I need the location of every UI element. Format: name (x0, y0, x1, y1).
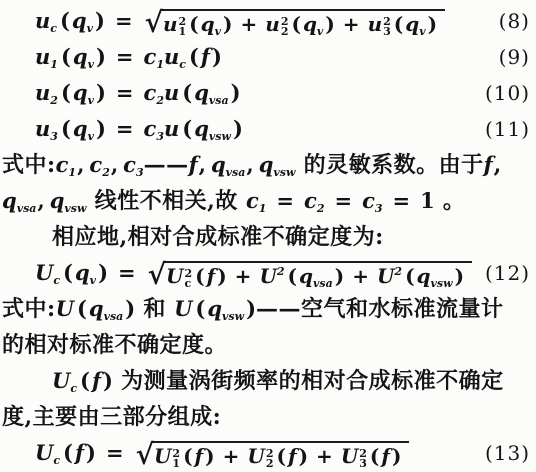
math-token: ) (392, 444, 401, 468)
math-token: = (116, 116, 134, 141)
text-run: 式中: (2, 152, 56, 178)
subscript: vsa (313, 277, 333, 290)
token-text: ( (183, 444, 192, 468)
token-text: ) (217, 264, 226, 288)
token-text: ) (212, 44, 222, 69)
token-text: ) (233, 116, 243, 141)
subscript: c (53, 274, 60, 287)
token-text: f (201, 44, 210, 69)
math-token: 1 (420, 188, 435, 213)
math-token: ) (233, 116, 243, 141)
subscript: 2 (317, 202, 325, 215)
equation-number: (10) (485, 75, 530, 111)
token-text: U (341, 444, 358, 468)
token-text: = (115, 8, 133, 33)
token-text: ) (96, 80, 106, 105)
equation-line-13: Uc(f)=√U21(f)+U22(f)+U23(f)(13) (0, 435, 536, 471)
token-text: q (194, 80, 209, 105)
math-token: ( (189, 12, 198, 36)
token-text: = (334, 188, 352, 213)
token-text: ——空气和水标准流量计 (256, 296, 504, 322)
token-text: 的相对标准不确定度。 (2, 332, 227, 358)
math-token: ( (288, 264, 297, 288)
math-token: ) (98, 260, 108, 285)
math-token: , (199, 152, 206, 177)
line-body: 式中:c1,c2,c3——f,qvsa,qvsw 的灵敏系数。由于f, (2, 157, 507, 176)
token-text: —— (144, 152, 189, 178)
token-text: q (417, 264, 431, 288)
token-text: U (247, 444, 264, 468)
math-token: c2 (144, 80, 164, 105)
stacked-sub-sup: 2c (184, 269, 192, 289)
subscript: vsw (273, 166, 295, 179)
math-token: c2 (89, 152, 109, 177)
math-token: c3 (123, 152, 143, 177)
text-run: 和 (135, 296, 174, 322)
math-token: ( (394, 12, 403, 36)
math-token: ) (95, 8, 105, 33)
token-text: ( (291, 12, 300, 36)
subscript: 2 (266, 459, 274, 469)
token-text: c (144, 80, 157, 105)
token-text: ) (246, 296, 256, 321)
token-text: u (265, 12, 280, 36)
token-text: q (201, 12, 215, 36)
math-token: ( (63, 260, 73, 285)
math-token: ) (428, 12, 437, 36)
math-token: ) (103, 368, 113, 393)
token-text: ) (299, 444, 308, 468)
token-text: u (163, 12, 178, 36)
token-text: = (116, 116, 134, 141)
token-text: u (164, 80, 179, 105)
subscript: vsa (226, 166, 246, 179)
equation-number: (8) (499, 3, 530, 39)
token-text: q (405, 12, 419, 36)
math-token: ) (86, 440, 96, 465)
math-token: ) (217, 264, 226, 288)
subscript: v (87, 22, 93, 35)
math-token: ) (325, 12, 334, 36)
token-text: c (246, 188, 259, 213)
math-token: qvsa (2, 188, 36, 213)
token-text: c (144, 44, 157, 69)
math-token: u (164, 116, 179, 141)
subscript: vsw (209, 130, 231, 143)
token-text: ) (428, 12, 437, 36)
subscript: vsw (431, 277, 453, 290)
line-body: 的相对标准不确定度。 (2, 337, 227, 356)
token-text: = (276, 188, 294, 213)
math-token: ) (246, 296, 256, 321)
subscript: vsw (64, 202, 86, 215)
math-token: = (116, 80, 134, 105)
token-text: f (189, 152, 198, 177)
subscript: v (88, 94, 94, 107)
token-text: u (35, 8, 50, 33)
radical: √U2c(f)+U2(qvsa)+U2(qvsw) (148, 261, 472, 290)
math-token: qvsa (211, 152, 245, 177)
subscript: vsa (17, 202, 37, 215)
subscript: 1 (259, 202, 267, 215)
token-text: ( (77, 296, 87, 321)
math-token: f (484, 152, 493, 177)
token-text: 式中: (2, 296, 56, 322)
math-token: = (334, 188, 352, 213)
document-body: uc(qv)=√u21(qv)+u22(qv)+u23(qv)(8)u1(qv)… (0, 3, 536, 471)
text-run: 线性不相关,故 (86, 188, 245, 214)
math-token: ( (182, 116, 192, 141)
text-line-11: 度,主要由三部分组成: (0, 399, 536, 435)
line-body: 相应地,相对合成标准不确定度为: (52, 229, 384, 248)
math-token: Uc (35, 440, 60, 465)
token-text: q (194, 116, 209, 141)
math-token: ( (61, 80, 71, 105)
subscript: 3 (375, 202, 383, 215)
equation-number: (12) (485, 255, 530, 291)
token-text: ) (95, 8, 105, 33)
token-text: U (56, 296, 74, 321)
math-token: f (195, 444, 204, 468)
subscript: 1 (172, 459, 180, 469)
token-text: f (75, 440, 84, 465)
radical: √u21(qv)+u22(qv)+u23(qv) (145, 9, 446, 38)
math-token: u3 (35, 116, 58, 141)
math-token: qvsw (259, 152, 296, 177)
math-token: u2 (35, 80, 58, 105)
math-token: qv (405, 12, 425, 36)
text-run: 式中: (2, 296, 56, 322)
text-run: 。 (435, 188, 466, 214)
math-token: f (92, 368, 101, 393)
math-token: U23 (341, 444, 367, 468)
token-text: f (92, 368, 101, 393)
radicand: U2c(f)+U2(qvsa)+U2(qvsw) (164, 261, 472, 290)
math-token: Uc (35, 260, 60, 285)
math-token: qv (75, 260, 96, 285)
math-token: ( (80, 368, 90, 393)
subscript: v (317, 25, 323, 38)
token-text: q (259, 152, 274, 177)
subscript: 1 (50, 58, 58, 71)
token-text: , (246, 152, 253, 177)
equation-line-12: Uc(qv)=√U2c(f)+U2(qvsa)+U2(qvsw)(12) (0, 255, 536, 291)
token-text: ( (394, 12, 403, 36)
equation-line-8: uc(qv)=√u21(qv)+u22(qv)+u23(qv)(8) (0, 3, 536, 39)
math-token: qvsa (299, 264, 333, 288)
text-run: 的相对标准不确定度。 (2, 332, 227, 358)
token-text: q (211, 152, 226, 177)
stacked-sub-sup: 22 (266, 449, 274, 469)
token-text: ) (455, 264, 464, 288)
token-text: ( (60, 8, 70, 33)
token-text: U (259, 264, 276, 288)
text-run: 度,主要由三部分组成: (2, 404, 221, 430)
token-text: q (72, 8, 87, 33)
math-token: ) (223, 12, 232, 36)
token-text: ) (96, 116, 106, 141)
token-text: ) (205, 444, 214, 468)
text-run: ——空气和水标准流量计 (256, 296, 504, 322)
token-text: 相应地,相对合成标准不确定度为: (52, 224, 384, 250)
document-page: uc(qv)=√u21(qv)+u22(qv)+u23(qv)(8)u1(qv)… (0, 0, 536, 472)
math-token: c3 (362, 188, 382, 213)
token-text: U (377, 264, 394, 288)
token-text: , (37, 188, 44, 213)
token-text: c (304, 188, 317, 213)
math-token: qv (73, 116, 94, 141)
math-token: + (316, 444, 333, 468)
token-text: = (118, 260, 136, 285)
token-text: ) (96, 44, 106, 69)
token-text: ( (61, 116, 71, 141)
token-text: q (207, 296, 222, 321)
text-line-9: 的相对标准不确定度。 (0, 327, 536, 363)
equation-line-10: u2(qv)=c2u(qvsa)(10) (0, 75, 536, 111)
math-token: ( (61, 44, 71, 69)
token-text: ( (80, 368, 90, 393)
math-token: ( (77, 296, 87, 321)
math-token: f (381, 444, 390, 468)
token-text: ) (392, 444, 401, 468)
math-token: f (207, 264, 216, 288)
subscript: v (88, 130, 94, 143)
token-text: ( (63, 440, 73, 465)
token-text: = (116, 80, 134, 105)
token-text: + (223, 444, 240, 468)
math-token: qvsw (207, 296, 244, 321)
subscript: v (419, 25, 425, 38)
text-run: 相应地,相对合成标准不确定度为: (52, 224, 384, 250)
math-token: ( (60, 8, 70, 33)
token-text: 为测量涡街频率的相对合成标准不确定 (113, 368, 504, 394)
math-token: ( (405, 264, 414, 288)
stacked-sub-sup: 22 (281, 17, 289, 37)
token-text: 式中: (2, 152, 56, 178)
math-token: ( (61, 116, 71, 141)
math-token: c3 (144, 116, 164, 141)
math-token: U2 (377, 264, 402, 288)
subscript: v (215, 25, 221, 38)
math-token: = (115, 8, 133, 33)
token-text: + (352, 264, 369, 288)
radical-sign-icon: √ (148, 261, 166, 289)
line-body: Uc(f)=√U21(f)+U22(f)+U23(f) (35, 445, 409, 464)
math-token: uc (164, 44, 186, 69)
subscript: 1 (179, 27, 187, 37)
token-text: f (195, 444, 204, 468)
subscript: c (184, 279, 191, 289)
equation-number: (11) (485, 111, 530, 147)
math-token: , (111, 152, 118, 177)
math-token: ) (299, 444, 308, 468)
text-run: 的灵敏系数。由于 (295, 152, 483, 178)
math-token: qvsw (194, 116, 231, 141)
text-run: 为测量涡街频率的相对合成标准不确定 (113, 368, 504, 394)
stacked-sub-sup: 21 (172, 449, 180, 469)
subscript: 3 (359, 459, 367, 469)
subscript: v (90, 274, 96, 287)
token-text: f (484, 152, 493, 177)
math-token: ( (182, 80, 192, 105)
math-token: , (246, 152, 253, 177)
token-text: c (362, 188, 375, 213)
math-token: ( (63, 440, 73, 465)
line-body: u2(qv)=c2u(qvsa) (35, 85, 241, 104)
subscript: vsa (104, 310, 124, 323)
line-body: Uc(qv)=√U2c(f)+U2(qvsa)+U2(qvsw) (35, 265, 472, 284)
token-text: ) (223, 12, 232, 36)
token-text: q (299, 264, 313, 288)
math-token: u22 (265, 12, 288, 36)
subscript: c (53, 454, 60, 467)
token-text: U (174, 296, 192, 321)
math-token: ( (195, 264, 204, 288)
token-text: q (89, 296, 104, 321)
math-token: ) (231, 80, 241, 105)
token-text: ( (61, 44, 71, 69)
token-text: q (73, 116, 88, 141)
subscript: 2 (281, 27, 289, 37)
math-token: + (241, 12, 258, 36)
text-line-4: 式中:c1,c2,c3——f,qvsa,qvsw 的灵敏系数。由于f, (0, 147, 536, 183)
math-token: ( (189, 44, 199, 69)
math-token: ) (96, 116, 106, 141)
text-run: , (494, 152, 502, 178)
superscript: 2 (394, 265, 402, 278)
subscript: c (179, 58, 186, 71)
line-body: 式中:U(qvsa) 和 U(qvsw)——空气和水标准流量计 (2, 301, 504, 320)
subscript: 3 (156, 130, 164, 143)
token-text: ) (335, 264, 344, 288)
token-text: u (35, 116, 50, 141)
token-text: U (154, 444, 171, 468)
math-token: ) (125, 296, 135, 321)
math-token: c1 (144, 44, 164, 69)
token-text: u (368, 12, 383, 36)
subscript: 2 (50, 94, 58, 107)
token-text: q (75, 260, 90, 285)
math-token: qv (73, 44, 94, 69)
token-text: u (164, 116, 179, 141)
equation-number: (9) (499, 39, 530, 75)
math-token: qvsa (194, 80, 228, 105)
math-token: ( (291, 12, 300, 36)
math-token: f (75, 440, 84, 465)
token-text: ( (195, 264, 204, 288)
token-text: , (111, 152, 118, 177)
math-token: qvsw (50, 188, 87, 213)
math-token: ) (96, 80, 106, 105)
token-text: + (235, 264, 252, 288)
token-text: f (288, 444, 297, 468)
line-body: u3(qv)=c3u(qvsw) (35, 121, 243, 140)
radical: √U21(f)+U22(f)+U23(f) (136, 441, 410, 470)
subscript: 3 (50, 130, 58, 143)
math-token: qvsw (417, 264, 453, 288)
radicand: u21(qv)+u22(qv)+u23(qv) (161, 9, 445, 38)
math-token: u21 (163, 12, 186, 36)
token-text: ( (182, 116, 192, 141)
subscript: 1 (156, 58, 164, 71)
math-token: ( (195, 296, 205, 321)
text-line-8: 式中:U(qvsa) 和 U(qvsw)——空气和水标准流量计 (0, 291, 536, 327)
token-text: + (241, 12, 258, 36)
subscript: 2 (102, 166, 110, 179)
math-token: ( (183, 444, 192, 468)
token-text: c (89, 152, 102, 177)
subscript: 3 (136, 166, 144, 179)
token-text: = (393, 188, 411, 213)
scan-artifact-dot (185, 423, 189, 426)
line-body: u1(qv)=c1uc(f) (35, 49, 222, 68)
math-token: U (174, 296, 192, 321)
math-token: + (352, 264, 369, 288)
token-text: ( (405, 264, 414, 288)
token-text: 1 (420, 188, 435, 213)
token-text: u (164, 44, 179, 69)
token-text: = (116, 44, 134, 69)
subscript: vsa (209, 94, 229, 107)
math-token: U (56, 296, 74, 321)
subscript: 2 (156, 94, 164, 107)
token-text: ) (231, 80, 241, 105)
math-token: ) (335, 264, 344, 288)
stacked-sub-sup: 21 (179, 17, 187, 37)
math-token: ) (96, 44, 106, 69)
math-token: u23 (368, 12, 391, 36)
math-token: c1 (246, 188, 266, 213)
token-text: ( (288, 264, 297, 288)
radicand: U21(f)+U22(f)+U23(f) (152, 441, 410, 470)
token-text: q (73, 80, 88, 105)
math-token: qvsa (89, 296, 123, 321)
token-text: ) (86, 440, 96, 465)
token-text: 。 (435, 188, 466, 214)
line-body: qvsa,qvsw 线性不相关,故 c1=c2=c3=1 。 (2, 193, 465, 212)
math-token: + (223, 444, 240, 468)
line-body: Uc(f) 为测量涡街频率的相对合成标准不确定 (52, 373, 504, 392)
math-token: uc (35, 8, 57, 33)
token-text: c (123, 152, 136, 177)
subscript: vsw (222, 310, 244, 323)
math-token: ) (455, 264, 464, 288)
math-token: u1 (35, 44, 58, 69)
token-text: ) (325, 12, 334, 36)
token-text: q (73, 44, 88, 69)
equation-line-9: u1(qv)=c1uc(f)(9) (0, 39, 536, 75)
subscript: c (70, 382, 77, 395)
token-text: ) (98, 260, 108, 285)
token-text: u (35, 44, 50, 69)
token-text: ) (125, 296, 135, 321)
text-line-6: 相应地,相对合成标准不确定度为: (0, 219, 536, 255)
token-text: + (316, 444, 333, 468)
token-text: ( (277, 444, 286, 468)
token-text: ( (182, 80, 192, 105)
token-text: f (207, 264, 216, 288)
subscript: 3 (383, 27, 391, 37)
token-text: U (166, 264, 183, 288)
token-text: 度,主要由三部分组成: (2, 404, 221, 430)
stacked-sub-sup: 23 (359, 449, 367, 469)
math-token: f (189, 152, 198, 177)
math-token: = (116, 44, 134, 69)
math-token: + (235, 264, 252, 288)
token-text: U (35, 440, 53, 465)
math-token: ( (370, 444, 379, 468)
token-text: q (50, 188, 65, 213)
